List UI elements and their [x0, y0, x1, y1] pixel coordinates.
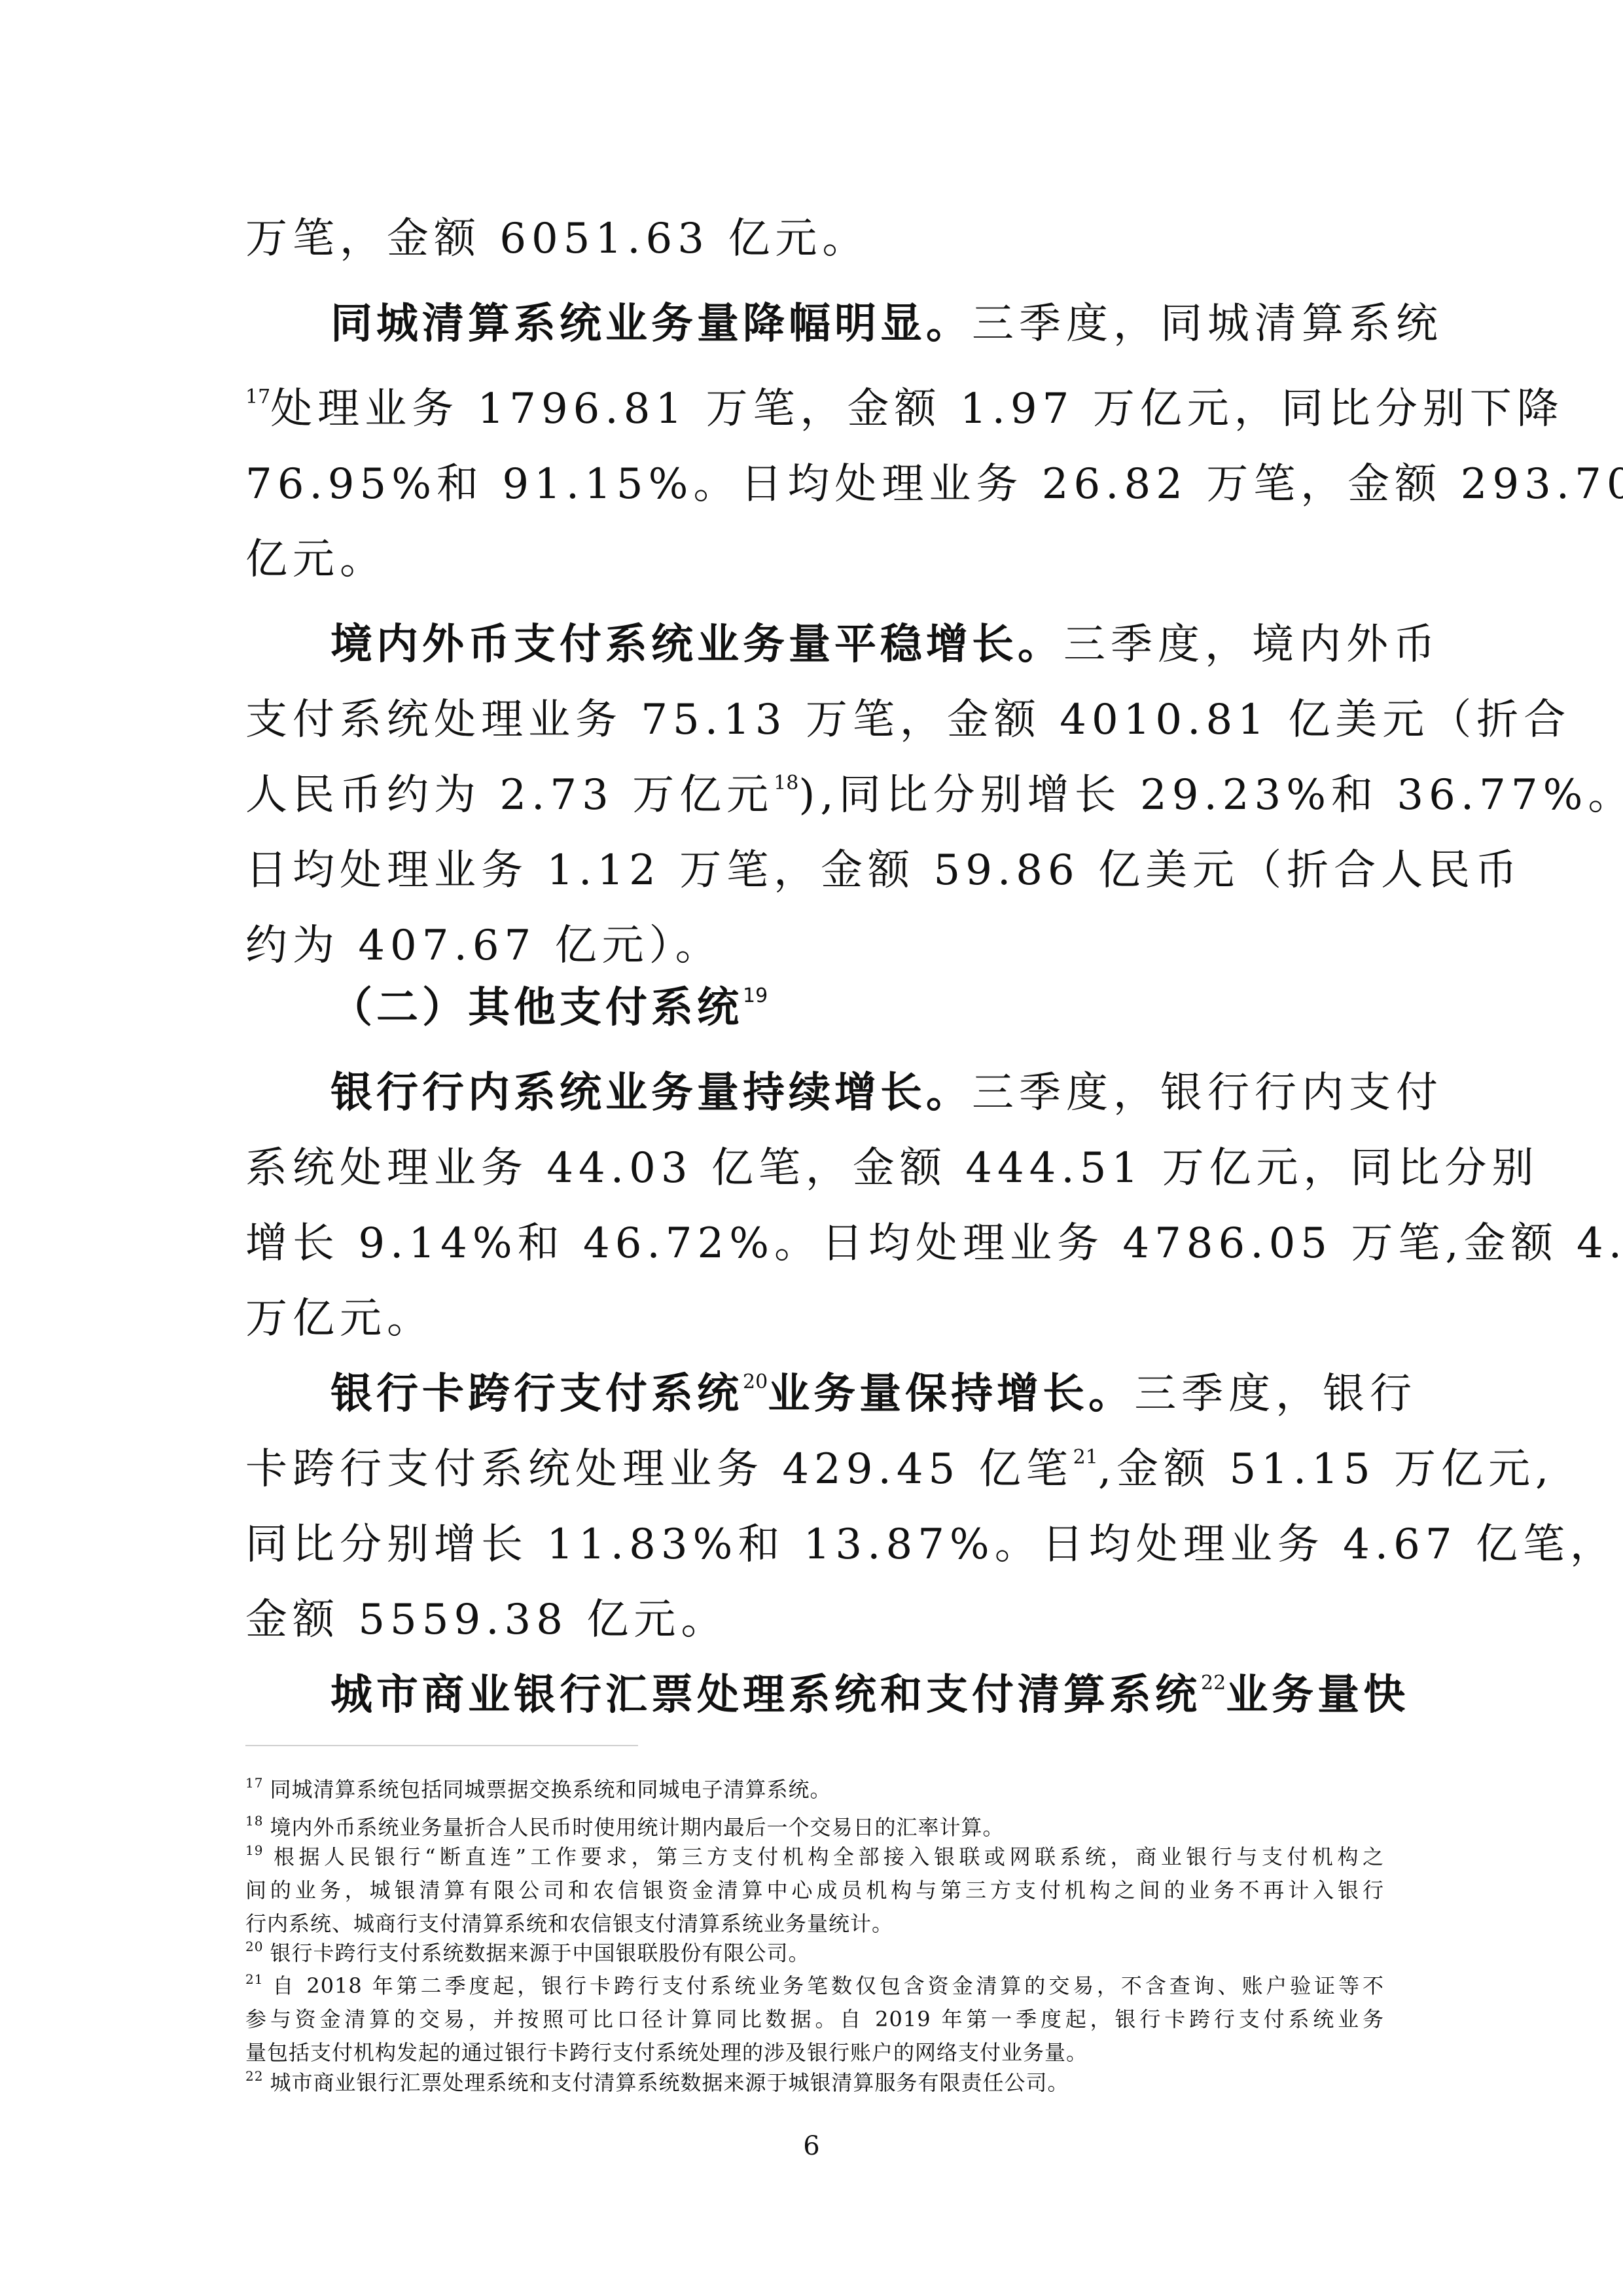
body-text: 亿元。 — [245, 535, 387, 584]
footnote-text: 根据人民银行“断直连”工作要求，第三方支付机构全部接入银联或网联系统，商业银行与… — [270, 1844, 1384, 1869]
paragraph-card-interbank: 银行卡跨行支付系统20业务量保持增长。三季度，银行 — [330, 1368, 1384, 1420]
footnote-ref[interactable]: 21 — [1073, 1446, 1098, 1469]
paragraph-intrabank: 银行行内系统业务量持续增长。三季度，银行行内支付 — [330, 1067, 1384, 1119]
body-text: 三季度，境内外币 — [1063, 620, 1440, 669]
paragraph-city-commercial-bank: 城市商业银行汇票处理系统和支付清算系统22业务量快 — [330, 1669, 1384, 1721]
footnote-number: 17 — [245, 1775, 263, 1791]
paragraph-line: 同比分别增长 11.83%和 13.87%。日均处理业务 4.67 亿笔， — [245, 1518, 1384, 1571]
paragraph-line: 76.95%和 91.15%。日均处理业务 26.82 万笔，金额 293.70 — [245, 458, 1384, 511]
paragraph-continuation: 万笔，金额 6051.63 亿元。 — [245, 213, 1384, 265]
body-text: 金额 5559.38 亿元。 — [245, 1596, 728, 1644]
paragraph-lead: 同城清算系统业务量降幅明显。 — [330, 300, 972, 348]
footnote-number: 22 — [245, 2068, 263, 2084]
body-text: 日均处理业务 1.12 万笔，金额 59.86 亿美元（折合人民币 — [245, 846, 1522, 895]
paragraph-city-clearing: 同城清算系统业务量降幅明显。三季度，同城清算系统 — [330, 298, 1384, 350]
paragraph-line: 17处理业务 1796.81 万笔，金额 1.97 万亿元，同比分别下降 — [245, 383, 1384, 435]
body-text: 同比分别增长 11.83%和 13.87%。日均处理业务 4.67 亿笔， — [245, 1520, 1617, 1569]
footnote-21-line-2: 参与资金清算的交易，并按照可比口径计算同比数据。自 2019 年第一季度起，银行… — [245, 2005, 1384, 2034]
paragraph-line: 增长 9.14%和 46.72%。日均处理业务 4786.05 万笔,金额 4.… — [245, 1217, 1384, 1270]
paragraph-lead: 业务量快 — [1226, 1671, 1409, 1719]
paragraph-foreign-currency: 境内外币支付系统业务量平稳增长。三季度，境内外币 — [330, 619, 1384, 671]
body-text: ,金额 51.15 万亿元, — [1098, 1445, 1554, 1494]
footnote-separator — [245, 1745, 638, 1746]
body-text: 三季度，同城清算系统 — [972, 300, 1443, 348]
footnote-text: 量包括支付机构发起的通过银行卡跨行支付系统处理的涉及银行账户的网络支付业务量。 — [245, 2040, 1088, 2065]
body-text: 支付系统处理业务 75.13 万笔，金额 4010.81 亿美元（折合 — [245, 696, 1571, 744]
footnote-text: 间的业务，城银清算有限公司和农信银资金清算中心成员机构与第三方支付机构之间的业务… — [245, 1878, 1384, 1903]
footnote-number: 19 — [245, 1842, 263, 1858]
footnote-number: 18 — [245, 1813, 263, 1829]
section-heading-text: （二）其他支付系统 — [330, 984, 743, 1032]
footnote-text: 自 2018 年第二季度起，银行卡跨行支付系统业务笔数仅包含资金清算的交易，不含… — [270, 1973, 1384, 1998]
paragraph-line: 日均处理业务 1.12 万笔，金额 59.86 亿美元（折合人民币 — [245, 844, 1384, 897]
paragraph-lead: 银行卡跨行支付系统 — [330, 1370, 743, 1418]
body-text: 三季度，银行 — [1134, 1370, 1417, 1418]
paragraph-line: 人民币约为 2.73 万亿元18),同比分别增长 29.23%和 36.77%。 — [245, 769, 1384, 821]
paragraph-line: 金额 5559.38 亿元。 — [245, 1594, 1384, 1646]
section-heading: （二）其他支付系统19 — [330, 982, 768, 1034]
footnote-ref[interactable]: 17 — [245, 386, 270, 408]
footnote-ref[interactable]: 19 — [743, 984, 768, 1007]
paragraph-lead: 城市商业银行汇票处理系统和支付清算系统 — [330, 1671, 1201, 1719]
body-text: 76.95%和 91.15%。日均处理业务 26.82 万笔，金额 293.70 — [245, 460, 1623, 509]
footnote-text: 银行卡跨行支付系统数据来源于中国银联股份有限公司。 — [270, 1941, 810, 1965]
body-text: 约为 407.67 亿元）。 — [245, 922, 722, 970]
body-text: 系统处理业务 44.03 亿笔，金额 444.51 万亿元，同比分别 — [245, 1144, 1539, 1193]
paragraph-line: 约为 407.67 亿元）。 — [245, 920, 1384, 972]
paragraph-line: 卡跨行支付系统处理业务 429.45 亿笔21,金额 51.15 万亿元, — [245, 1443, 1384, 1496]
footnote-19-line-3: 行内系统、城商行支付清算系统和农信银支付清算系统业务量统计。 — [245, 1909, 1384, 1938]
footnote-22: 22城市商业银行汇票处理系统和支付清算系统数据来源于城银清算服务有限责任公司。 — [245, 2068, 1384, 2097]
paragraph-line: 亿元。 — [245, 533, 1384, 586]
page-number: 6 — [0, 2130, 1623, 2162]
footnote-text: 境内外币系统业务量折合人民币时使用统计期内最后一个交易日的汇率计算。 — [270, 1815, 1004, 1840]
footnote-number: 21 — [245, 1971, 263, 1987]
footnote-text: 城市商业银行汇票处理系统和支付清算系统数据来源于城银清算服务有限责任公司。 — [270, 2070, 1069, 2095]
footnote-19-line-2: 间的业务，城银清算有限公司和农信银资金清算中心成员机构与第三方支付机构之间的业务… — [245, 1876, 1384, 1905]
footnote-21: 21自 2018 年第二季度起，银行卡跨行支付系统业务笔数仅包含资金清算的交易，… — [245, 1971, 1384, 2000]
footnote-18: 18境内外币系统业务量折合人民币时使用统计期内最后一个交易日的汇率计算。 — [245, 1813, 1384, 1842]
body-text: 增长 9.14%和 46.72%。日均处理业务 4786.05 万笔,金额 4.… — [245, 1219, 1623, 1268]
footnote-ref[interactable]: 22 — [1201, 1672, 1226, 1695]
footnote-20: 20银行卡跨行支付系统数据来源于中国银联股份有限公司。 — [245, 1939, 1384, 1967]
paragraph-lead: 境内外币支付系统业务量平稳增长。 — [330, 620, 1063, 669]
body-text: 人民币约为 2.73 万亿元 — [245, 771, 774, 819]
body-text: 万笔，金额 6051.63 亿元。 — [245, 215, 869, 263]
paragraph-line: 支付系统处理业务 75.13 万笔，金额 4010.81 亿美元（折合 — [245, 694, 1384, 746]
footnote-17: 17同城清算系统包括同城票据交换系统和同城电子清算系统。 — [245, 1775, 1384, 1804]
body-text: 万亿元。 — [245, 1295, 434, 1343]
paragraph-line: 系统处理业务 44.03 亿笔，金额 444.51 万亿元，同比分别 — [245, 1142, 1384, 1194]
body-text: ),同比分别增长 29.23%和 36.77%。 — [798, 771, 1623, 819]
footnote-text: 参与资金清算的交易，并按照可比口径计算同比数据。自 2019 年第一季度起，银行… — [245, 2007, 1384, 2032]
body-text: 三季度，银行行内支付 — [972, 1069, 1443, 1117]
footnote-text: 行内系统、城商行支付清算系统和农信银支付清算系统业务量统计。 — [245, 1911, 893, 1936]
footnote-ref[interactable]: 20 — [743, 1371, 768, 1393]
paragraph-lead: 业务量保持增长。 — [768, 1370, 1134, 1418]
document-page: 万笔，金额 6051.63 亿元。 同城清算系统业务量降幅明显。三季度，同城清算… — [0, 0, 1623, 2296]
body-text: 卡跨行支付系统处理业务 429.45 亿笔 — [245, 1445, 1073, 1494]
footnote-text: 同城清算系统包括同城票据交换系统和同城电子清算系统。 — [270, 1777, 831, 1802]
body-text: 处理业务 1796.81 万笔，金额 1.97 万亿元，同比分别下降 — [270, 385, 1564, 433]
footnote-21-line-3: 量包括支付机构发起的通过银行卡跨行支付系统处理的涉及银行账户的网络支付业务量。 — [245, 2038, 1384, 2067]
paragraph-line: 万亿元。 — [245, 1293, 1384, 1345]
paragraph-lead: 银行行内系统业务量持续增长。 — [330, 1069, 972, 1117]
footnote-number: 20 — [245, 1939, 263, 1954]
footnote-19: 19根据人民银行“断直连”工作要求，第三方支付机构全部接入银联或网联系统，商业银… — [245, 1842, 1384, 1871]
footnote-ref[interactable]: 18 — [774, 772, 798, 795]
